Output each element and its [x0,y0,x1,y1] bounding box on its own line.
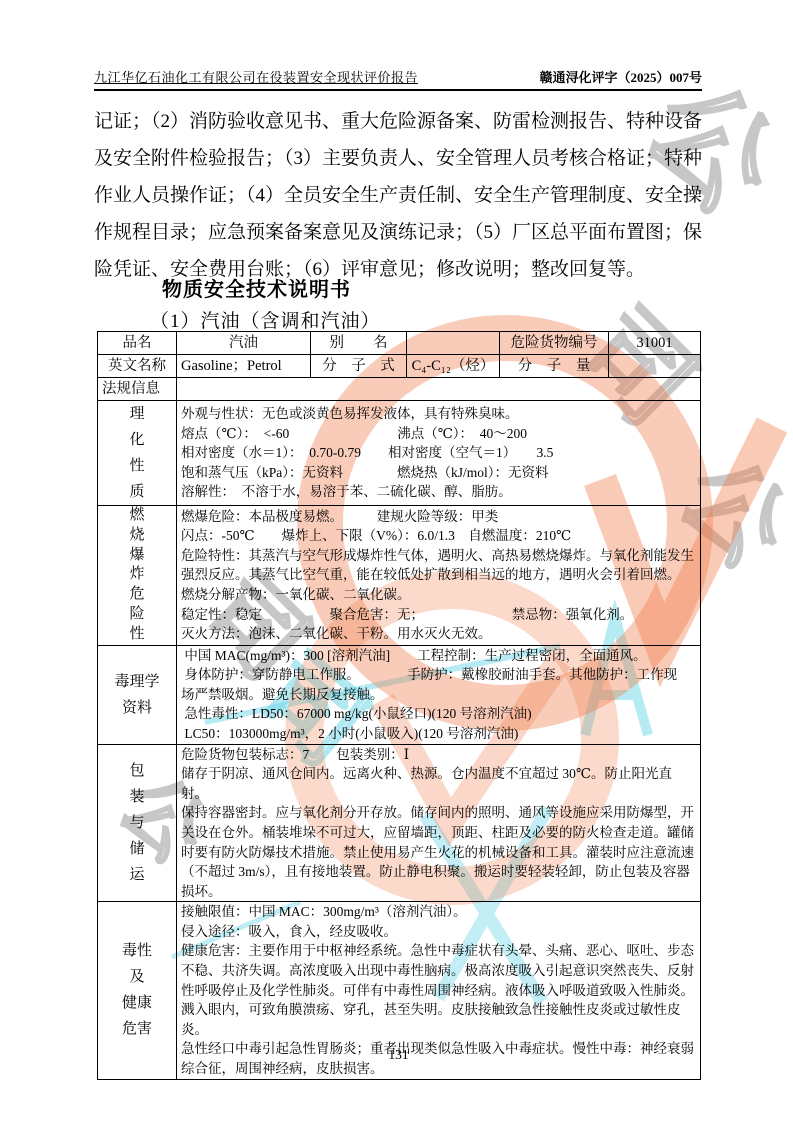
header-doc-number: 赣通浔化评字（2025）007号 [539,70,702,86]
row-content: 危险货物包装标志：7 包装类别：Ⅰ储存于阴凉、通风仓间内。远离火种、热源。仓内温… [177,744,701,902]
cell-molweight-label: 分 子 量 [500,355,609,378]
cell-regulatory-label: 法规信息 [98,378,177,401]
cell-product-label: 品名 [98,332,177,355]
paragraph-line: 作规程目录；应急预案备案意见及演练记录；（5）厂区总平面布置图；保 [94,214,702,251]
cell-formula-label: 分 子 式 [311,355,407,378]
row-content: 中国 MAC(mg/m³)：300 [溶剂汽油] 工程控制：生产过程密闭，全面通… [177,645,701,744]
table-row-english-name: 英文名称 Gasoline；Petrol 分 子 式 C₄-C₁₂（烃） 分 子… [98,355,701,378]
msds-table: 品名 汽油 别 名 危险货物编号 31001 英文名称 Gasoline；Pet… [97,331,701,1080]
paragraph-line: 及安全附件检验报告；（3）主要负责人、安全管理人员考核合格证；特种 [94,140,702,177]
row-label: 燃烧爆炸危险性 [98,506,177,646]
cell-english-label: 英文名称 [98,355,177,378]
row-content: 外观与性状：无色或淡黄色易挥发液体，具有特殊臭味。熔点（℃）： <-60 沸点（… [177,401,701,506]
document-page: 九江华亿石油化工有限公司在役装置安全现状评价报告 赣通浔化评字（2025）007… [0,0,793,1122]
table-row: 理化性质外观与性状：无色或淡黄色易挥发液体，具有特殊臭味。熔点（℃）： <-60… [98,401,701,506]
row-label: 包装与储运 [98,744,177,902]
table-row: 燃烧爆炸危险性燃爆危险：本品极度易燃。 建规火险等级：甲类闪点：-50℃ 爆炸上… [98,506,701,646]
body-paragraph: 记证；（2）消防验收意见书、重大危险源备案、防雷检测报告、特种设备 及安全附件检… [94,103,702,288]
cell-alias-label: 别 名 [311,332,407,355]
table-row: 毒理学资料 中国 MAC(mg/m³)：300 [溶剂汽油] 工程控制：生产过程… [98,645,701,744]
msds-table-body: 品名 汽油 别 名 危险货物编号 31001 英文名称 Gasoline；Pet… [98,332,701,1080]
subsection-title: （1）汽油（含调和汽油） [150,306,381,333]
header-report-title: 九江华亿石油化工有限公司在役装置安全现状评价报告 [94,70,418,86]
cell-dg-number-value: 31001 [609,332,701,355]
page-number: 131 [97,1047,700,1063]
row-content: 燃爆危险：本品极度易燃。 建规火险等级：甲类闪点：-50℃ 爆炸上、下限（V%）… [177,506,701,646]
table-row: 包装与储运危险货物包装标志：7 包装类别：Ⅰ储存于阴凉、通风仓间内。远离火种、热… [98,744,701,902]
cell-regulatory-value [177,378,701,401]
row-label: 理化性质 [98,401,177,506]
cell-english-value: Gasoline；Petrol [177,355,311,378]
cell-molweight-value [609,355,701,378]
cell-formula-value: C₄-C₁₂（烃） [407,355,500,378]
cell-alias-value [407,332,500,355]
cell-product-value: 汽油 [177,332,311,355]
section-title: 物质安全技术说明书 [162,273,351,302]
paragraph-line: 作业人员操作证；（4）全员安全生产责任制、安全生产管理制度、安全操 [94,177,702,214]
cell-dg-number-label: 危险货物编号 [500,332,609,355]
table-row-product: 品名 汽油 别 名 危险货物编号 31001 [98,332,701,355]
paragraph-line: 记证；（2）消防验收意见书、重大危险源备案、防雷检测报告、特种设备 [94,103,702,140]
page-header: 九江华亿石油化工有限公司在役装置安全现状评价报告 赣通浔化评字（2025）007… [94,70,702,91]
table-row-regulatory: 法规信息 [98,378,701,401]
row-label: 毒理学资料 [98,645,177,744]
